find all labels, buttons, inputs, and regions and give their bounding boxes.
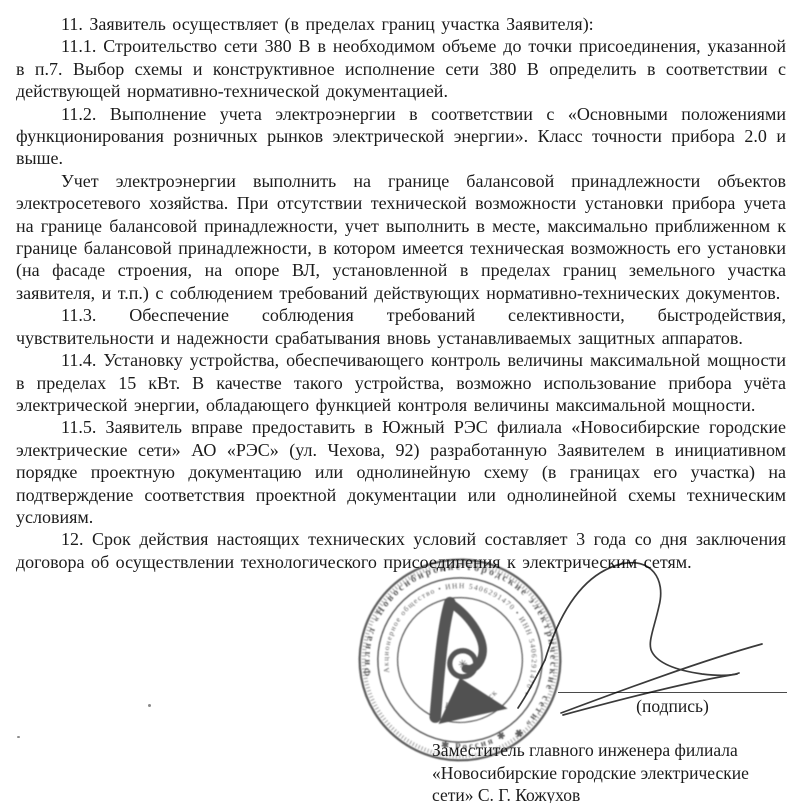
company-seal-stamp: Филиал «Новосибирские городские электрич… (356, 556, 564, 764)
stamp-logo-star-icon: ✳ (457, 656, 469, 671)
paragraph-metering-note: Учет электроэнергии выполнить на границе… (16, 170, 786, 304)
paragraph-11-5: 11.5. Заявитель вправе предоставить в Юж… (16, 416, 786, 528)
paragraph-11-2: 11.2. Выполнение учета электроэнергии в … (16, 103, 786, 170)
scan-speck (17, 736, 20, 738)
signature-caption: (подпись) (558, 696, 787, 717)
document-text: 11. Заявитель осуществляет (в пределах г… (16, 13, 786, 573)
paragraph-11-4: 11.4. Установку устройства, обеспечивающ… (16, 349, 786, 416)
stamp-inner-ring-text: Акционерное общество • ИНН 5406291470 • … (369, 569, 546, 722)
scan-speck (228, 424, 230, 426)
paragraph-12: 12. Срок действия настоящих технических … (16, 528, 786, 573)
scan-speck (148, 704, 151, 707)
signature-tail-stroke (518, 660, 545, 708)
signature-line (558, 692, 787, 693)
document-page: { "doc": { "paragraphs": [ "11. Заявител… (0, 0, 800, 803)
signature-loop-stroke (545, 563, 739, 676)
paragraph-11-1: 11.1. Строительство сети 380 В в необход… (16, 35, 786, 102)
stamp-logo-triangle-icon: ✳ (416, 596, 508, 724)
stamp-rings (356, 556, 564, 764)
signer-title: Заместитель главного инженера филиала «Н… (432, 739, 786, 803)
paragraph-11-3: 11.3. Обеспечение соблюдения требований … (16, 304, 786, 349)
stamp-logo-circle (448, 649, 478, 679)
stamp-city-text: г. Новосибирск (433, 687, 501, 717)
stamp-logo-filled-triangle (431, 671, 508, 724)
stamp-outer-ring-text: Филиал «Новосибирские городские электрич… (356, 556, 564, 764)
paragraph-11: 11. Заявитель осуществляет (в пределах г… (16, 13, 786, 35)
